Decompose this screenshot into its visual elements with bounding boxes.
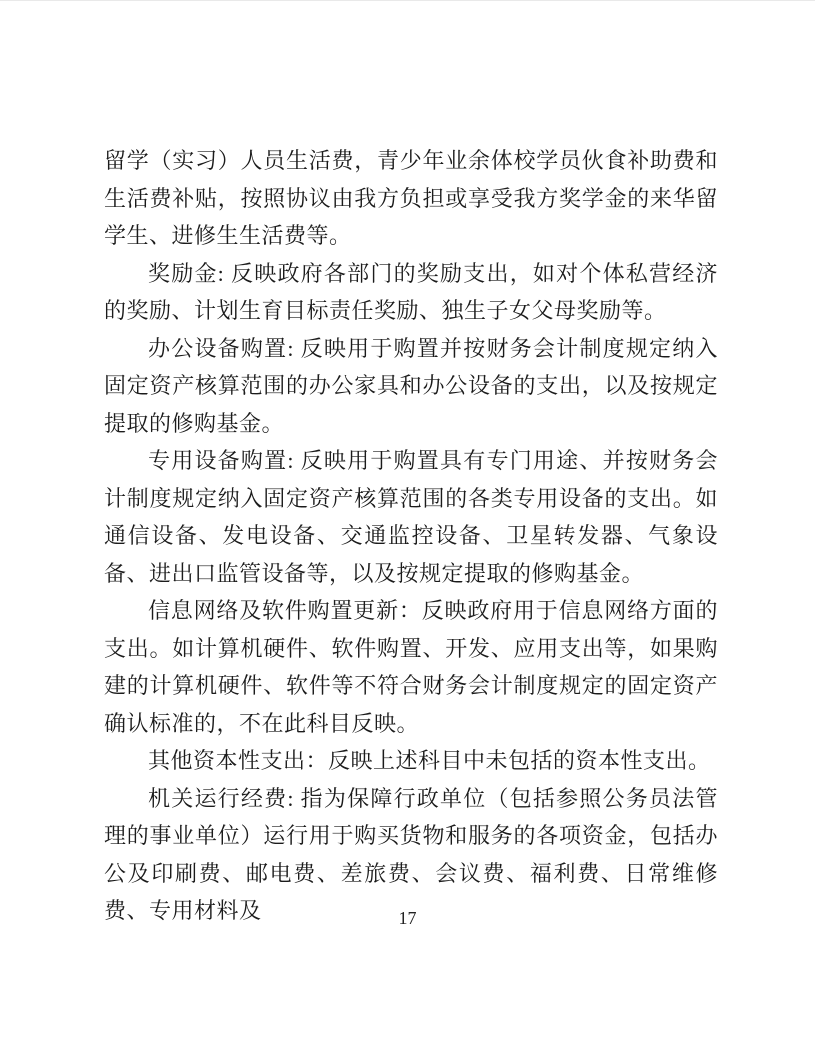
- document-page: 留学（实习）人员生活费，青少年业余体校学员伙食补助费和生活费补贴，按照协议由我方…: [0, 0, 815, 1056]
- paragraph-continuation: 留学（实习）人员生活费，青少年业余体校学员伙食补助费和生活费补贴，按照协议由我方…: [104, 142, 718, 255]
- page-number: 17: [0, 907, 815, 929]
- text-block: 留学（实习）人员生活费，青少年业余体校学员伙食补助费和生活费补贴，按照协议由我方…: [104, 142, 718, 930]
- paragraph-award-funds: 奖励金: 反映政府各部门的奖励支出，如对个体私营经济的奖励、计划生育目标责任奖励…: [104, 255, 718, 330]
- paragraph-office-equipment: 办公设备购置: 反映用于购置并按财务会计制度规定纳入固定资产核算范围的办公家具和…: [104, 330, 718, 443]
- paragraph-special-equipment: 专用设备购置: 反映用于购置具有专门用途、并按财务会计制度规定纳入固定资产核算范…: [104, 442, 718, 592]
- paragraph-info-network-software: 信息网络及软件购置更新：反映政府用于信息网络方面的支出。如计算机硬件、软件购置、…: [104, 592, 718, 742]
- paragraph-other-capital-expenditure: 其他资本性支出：反映上述科目中未包括的资本性支出。: [104, 742, 718, 780]
